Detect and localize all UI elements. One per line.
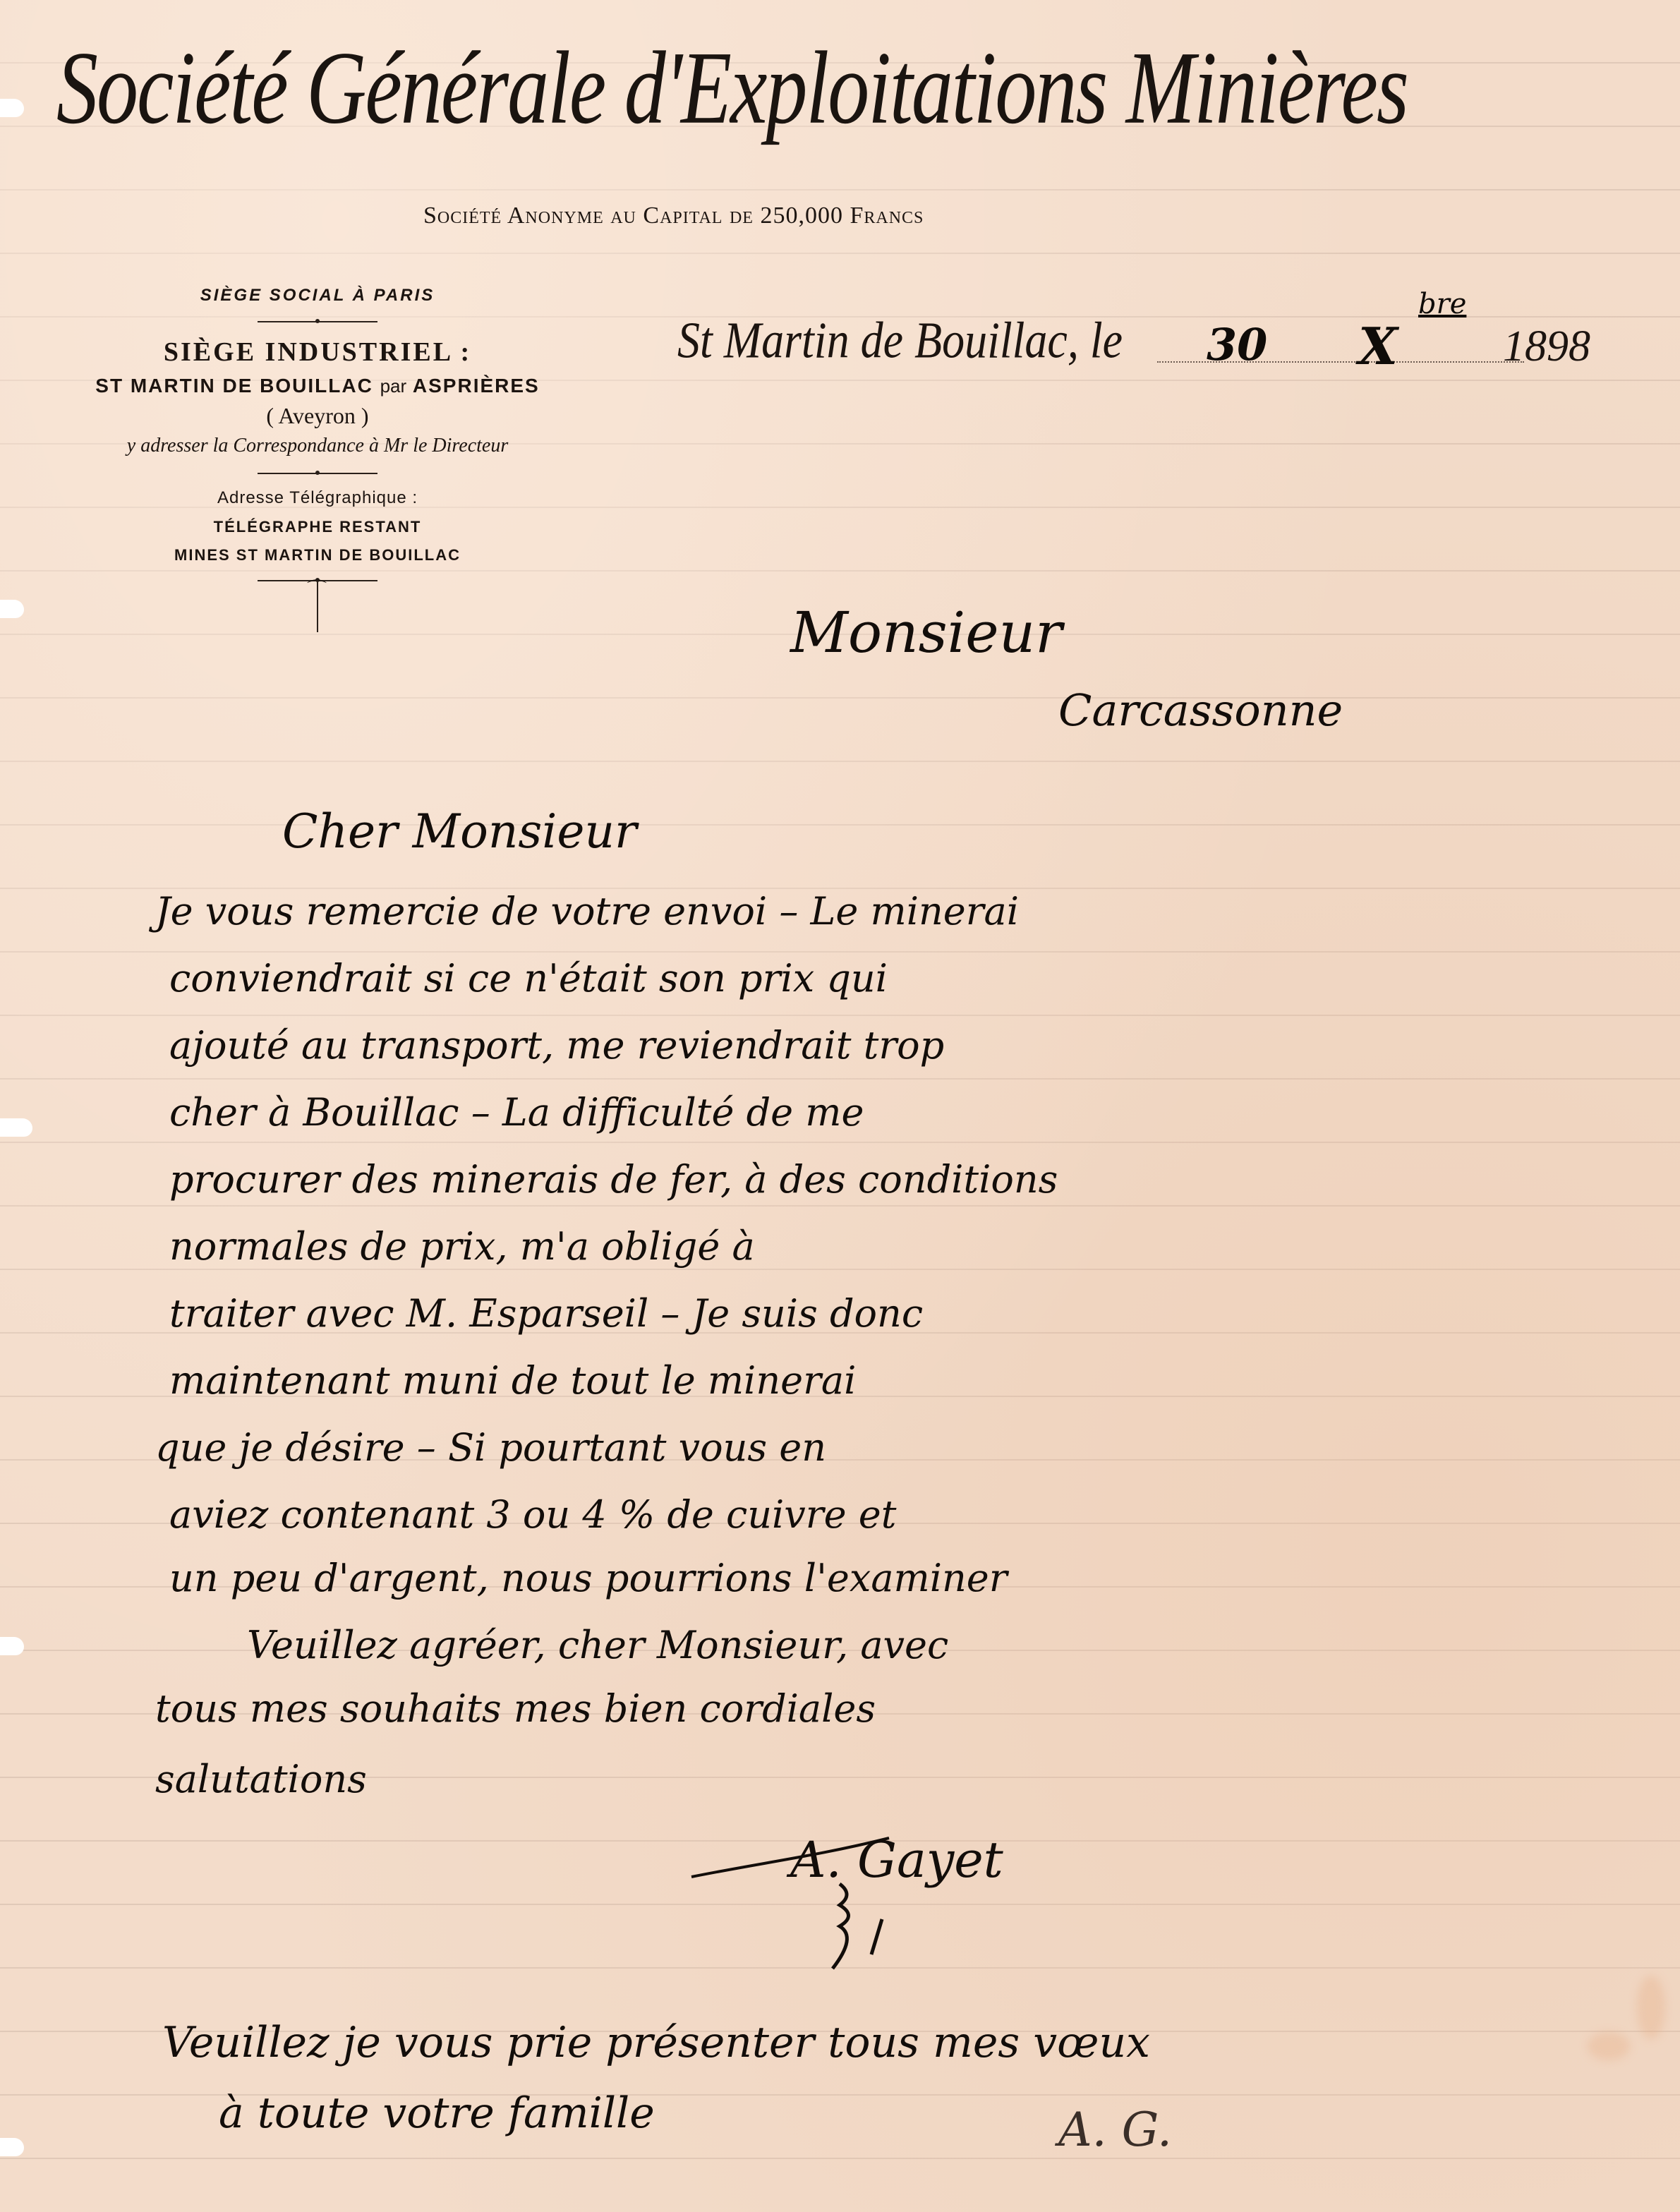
ornament-icon <box>317 581 318 632</box>
address-town: ASPRIÈRES <box>413 375 540 397</box>
letterhead-address-block: SIÈGE SOCIAL À PARIS SIÈGE INDUSTRIEL : … <box>42 286 593 632</box>
recipient-title: Monsieur <box>790 600 1062 665</box>
date-month: X <box>1358 316 1398 376</box>
body-line: Veuillez agréer, cher Monsieur, avec <box>247 1623 948 1667</box>
head-office: SIÈGE SOCIAL À PARIS <box>42 286 593 306</box>
dateline-place: St Martin de Bouillac, le <box>677 310 1123 370</box>
body-line: aviez contenant 3 ou 4 % de cuivre et <box>169 1492 896 1537</box>
department: ( Aveyron ) <box>42 403 593 429</box>
divider <box>258 473 377 474</box>
company-name: Société Générale d'Exploitations Minière… <box>56 28 1609 148</box>
paper-tear <box>0 2138 24 2156</box>
body-line: procurer des minerais de fer, à des cond… <box>169 1157 1058 1202</box>
recipient-city: Carcassonne <box>1058 684 1343 736</box>
address-par: par <box>380 375 407 397</box>
body-line: un peu d'argent, nous pourrions l'examin… <box>169 1556 1008 1600</box>
industrial-site-address: ST MARTIN DE BOUILLAC par ASPRIÈRES <box>42 375 593 397</box>
body-line: salutations <box>155 1757 367 1801</box>
signature-flourish-icon <box>677 1835 960 1976</box>
telegraph-label: Adresse Télégraphique : <box>42 488 593 508</box>
body-line: Je vous remercie de votre envoi – Le min… <box>155 889 1019 933</box>
body-line: maintenant muni de tout le minerai <box>169 1358 856 1403</box>
body-line: ajouté au transport, me reviendrait trop <box>169 1023 944 1068</box>
postscript-line: Veuillez je vous prie présenter tous mes… <box>162 2018 1150 2067</box>
industrial-site-label: SIÈGE INDUSTRIEL : <box>42 337 593 368</box>
paper-stain <box>1637 1976 1665 2039</box>
date-day: 30 <box>1207 319 1267 370</box>
address-main: ST MARTIN DE BOUILLAC <box>95 375 373 397</box>
salutation: Cher Monsieur <box>282 804 637 859</box>
body-line: normales de prix, m'a obligé à <box>169 1224 755 1269</box>
body-line: que je désire – Si pourtant vous en <box>155 1425 826 1470</box>
divider <box>258 321 377 322</box>
telegraph-line-2: MINES ST MARTIN DE BOUILLAC <box>42 546 593 564</box>
date-year: 1898 <box>1503 322 1590 372</box>
dateline: St Martin de Bouillac, le 30 X bre 1898 <box>670 310 1672 374</box>
company-capital: Société Anonyme au Capital de 250,000 Fr… <box>423 203 924 229</box>
telegraph-line-1: TÉLÉGRAPHE RESTANT <box>42 518 593 536</box>
paper-tear <box>0 99 24 117</box>
paper-tear <box>0 1118 32 1137</box>
paper-stain <box>1588 2032 1630 2060</box>
body-line: conviendrait si ce n'était son prix qui <box>169 956 888 1001</box>
paper-tear <box>0 600 24 618</box>
postscript-initials: A. G. <box>1058 2103 1172 2157</box>
body-line: tous mes souhaits mes bien cordiales <box>155 1686 876 1731</box>
postscript-line: à toute votre famille <box>219 2089 655 2138</box>
body-line: cher à Bouillac – La difficulté de me <box>169 1090 864 1135</box>
correspondence-note: y adresser la Correspondance à Mr le Dir… <box>42 435 593 457</box>
body-line: traiter avec M. Esparseil – Je suis donc <box>169 1291 923 1336</box>
date-month-suffix: bre <box>1418 288 1466 320</box>
paper-tear <box>0 1637 24 1655</box>
